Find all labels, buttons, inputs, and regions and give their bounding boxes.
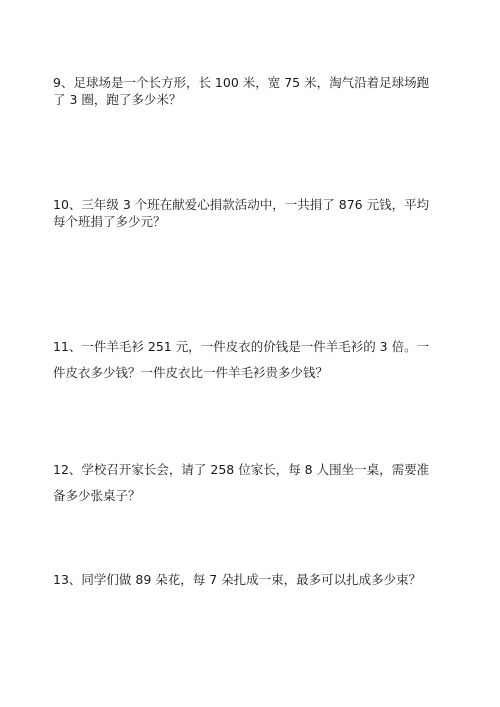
question-11-line-1: 11、一件羊毛衫 251 元，一件皮衣的价钱是一件羊毛衫的 3 倍。一 [53, 334, 453, 360]
question-12-line-1: 12、学校召开家长会，请了 258 位家长，每 8 人围坐一桌，需要准 [53, 457, 453, 483]
question-11-line-2: 件皮衣多少钱？一件皮衣比一件羊毛衫贵多少钱？ [53, 360, 453, 386]
question-10-line-1: 10、三年级 3 个班在献爱心捐款活动中，一共捐了 876 元钱，平均 [53, 196, 453, 213]
question-9-line-2: 了 3 圈，跑了多少米？ [53, 91, 453, 108]
question-11: 11、一件羊毛衫 251 元，一件皮衣的价钱是一件羊毛衫的 3 倍。一 件皮衣多… [53, 334, 453, 386]
question-10: 10、三年级 3 个班在献爱心捐款活动中，一共捐了 876 元钱，平均 每个班捐… [53, 196, 453, 230]
question-10-line-2: 每个班捐了多少元？ [53, 213, 453, 230]
question-12-line-2: 备多少张桌子？ [53, 483, 453, 509]
question-13: 13、同学们做 89 朵花，每 7 朵扎成一束，最多可以扎成多少束？ [53, 571, 453, 588]
question-13-line-1: 13、同学们做 89 朵花，每 7 朵扎成一束，最多可以扎成多少束？ [53, 571, 453, 588]
question-12: 12、学校召开家长会，请了 258 位家长，每 8 人围坐一桌，需要准 备多少张… [53, 457, 453, 509]
question-9: 9、足球场是一个长方形，长 100 米，宽 75 米，淘气沿着足球场跑 了 3 … [53, 74, 453, 108]
question-9-line-1: 9、足球场是一个长方形，长 100 米，宽 75 米，淘气沿着足球场跑 [53, 74, 453, 91]
